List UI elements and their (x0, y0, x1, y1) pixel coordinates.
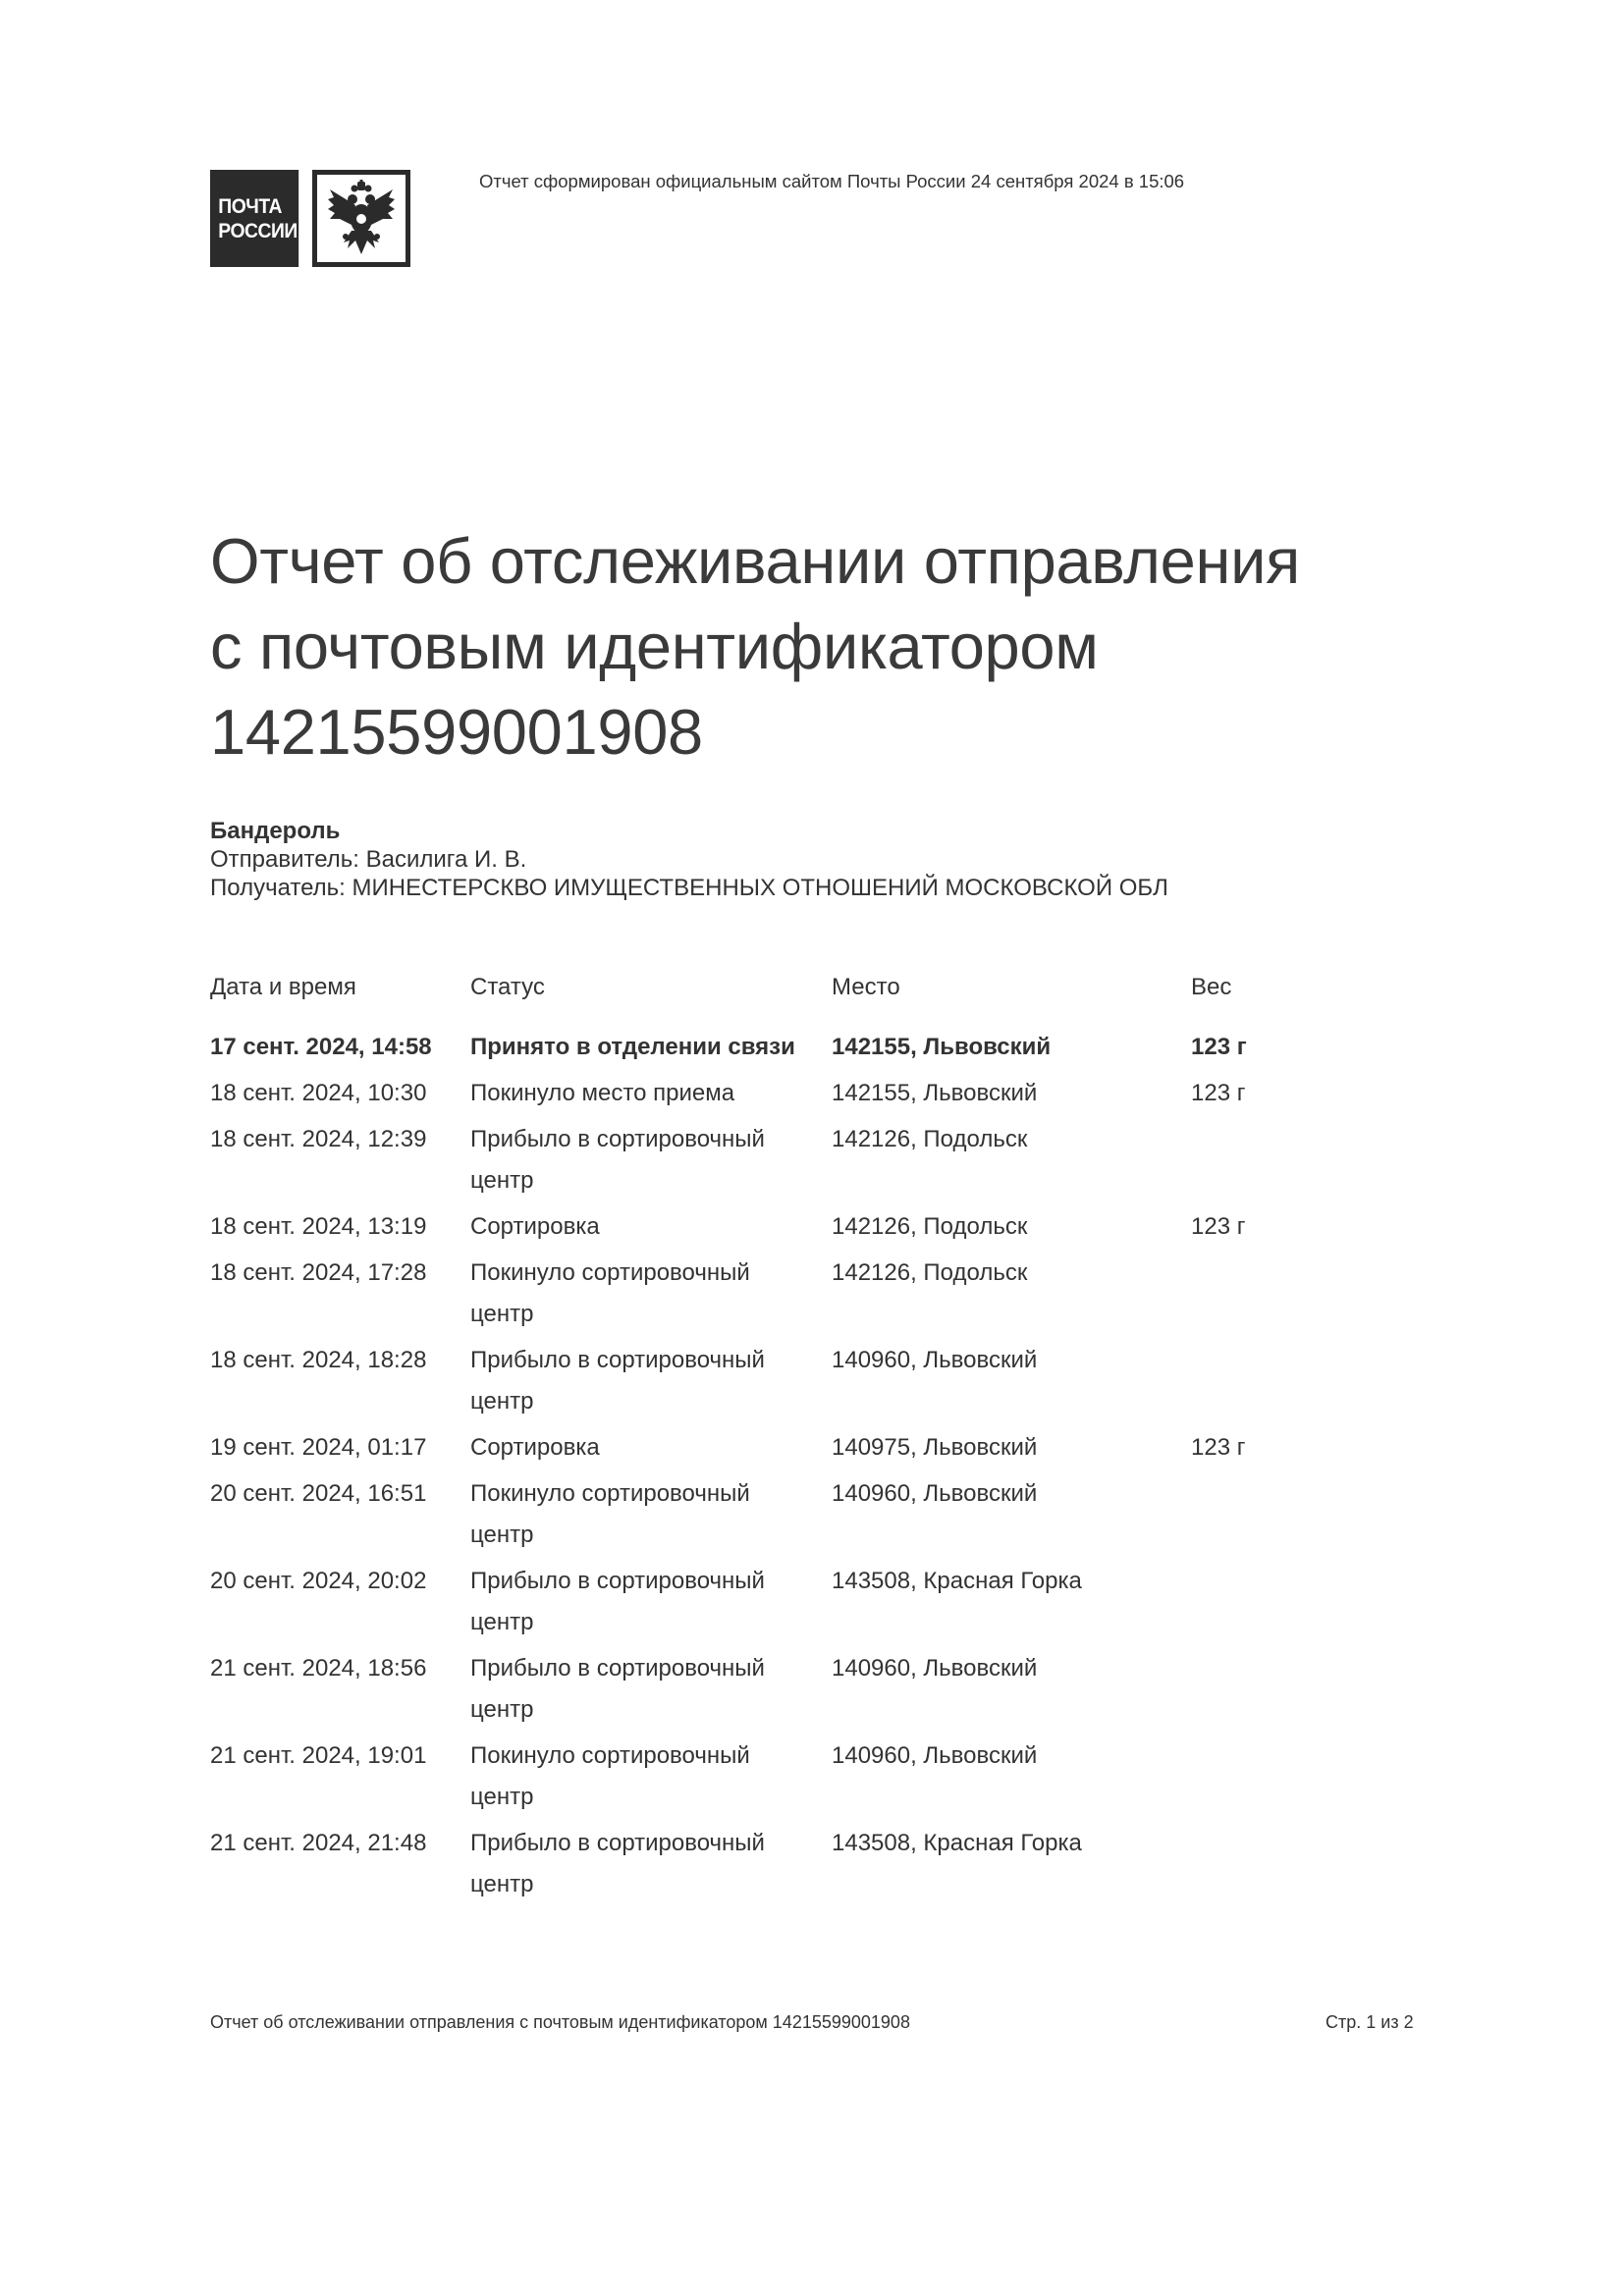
cell-weight (1191, 1473, 1387, 1556)
cell-place: 140960, Львовский (832, 1340, 1191, 1422)
table-row: 18 сент. 2024, 18:28Прибыло в сортировоч… (210, 1340, 1428, 1422)
shipment-info: Бандероль Отправитель: Василига И. В. По… (210, 817, 1168, 902)
cell-status: Прибыло в сортировочный центр (470, 1119, 832, 1201)
title-line-1: Отчет об отслеживании отправления (210, 518, 1487, 604)
cell-place: 142126, Подольск (832, 1119, 1191, 1201)
shipment-kind: Бандероль (210, 817, 1168, 845)
table-body: 17 сент. 2024, 14:58Принято в отделении … (210, 1027, 1428, 1905)
header-weight: Вес (1191, 967, 1387, 1008)
cell-place: 143508, Красная Горка (832, 1561, 1191, 1643)
cell-weight (1191, 1340, 1387, 1422)
cell-weight (1191, 1253, 1387, 1335)
cell-date: 20 сент. 2024, 20:02 (210, 1561, 470, 1643)
cell-place: 140975, Львовский (832, 1427, 1191, 1468)
cell-status: Сортировка (470, 1206, 832, 1248)
table-row: 18 сент. 2024, 17:28Покинуло сортировочн… (210, 1253, 1428, 1335)
table-row: 18 сент. 2024, 12:39Прибыло в сортировоч… (210, 1119, 1428, 1201)
cell-status: Прибыло в сортировочный центр (470, 1340, 832, 1422)
logo-line-1: ПОЧТА (218, 194, 298, 219)
cell-weight: 123 г (1191, 1073, 1387, 1114)
cell-date: 18 сент. 2024, 12:39 (210, 1119, 470, 1201)
pochta-rossii-logo: ПОЧТА РОССИИ (210, 170, 410, 267)
cell-weight: 123 г (1191, 1427, 1387, 1468)
cell-place: 142126, Подольск (832, 1206, 1191, 1248)
cell-date: 21 сент. 2024, 19:01 (210, 1735, 470, 1818)
cell-status: Покинуло сортировочный центр (470, 1253, 832, 1335)
cell-date: 17 сент. 2024, 14:58 (210, 1027, 470, 1068)
tracking-number: 14215599001908 (210, 689, 1487, 774)
logo-line-2: РОССИИ (218, 219, 298, 243)
cell-place: 140960, Львовский (832, 1648, 1191, 1731)
cell-status: Прибыло в сортировочный центр (470, 1648, 832, 1731)
cell-status: Сортировка (470, 1427, 832, 1468)
table-row: 18 сент. 2024, 10:30Покинуло место прием… (210, 1073, 1428, 1114)
cell-status: Покинуло сортировочный центр (470, 1735, 832, 1818)
table-row: 20 сент. 2024, 20:02Прибыло в сортировоч… (210, 1561, 1428, 1643)
cell-status: Покинуло место приема (470, 1073, 832, 1114)
cell-weight: 123 г (1191, 1027, 1387, 1068)
cell-status: Прибыло в сортировочный центр (470, 1561, 832, 1643)
table-row: 17 сент. 2024, 14:58Принято в отделении … (210, 1027, 1428, 1068)
cell-date: 21 сент. 2024, 18:56 (210, 1648, 470, 1731)
recipient: Получатель: МИНЕСТЕРСКВО ИМУЩЕСТВЕННЫХ О… (210, 874, 1168, 902)
logo-emblem-frame (312, 170, 410, 267)
cell-weight (1191, 1561, 1387, 1643)
cell-date: 20 сент. 2024, 16:51 (210, 1473, 470, 1556)
cell-weight: 123 г (1191, 1206, 1387, 1248)
cell-weight (1191, 1119, 1387, 1201)
cell-weight (1191, 1735, 1387, 1818)
title-line-2: с почтовым идентификатором (210, 604, 1487, 689)
report-generated-note: Отчет сформирован официальным сайтом Поч… (479, 171, 1184, 192)
cell-date: 19 сент. 2024, 01:17 (210, 1427, 470, 1468)
cell-status: Покинуло сортировочный центр (470, 1473, 832, 1556)
cell-date: 18 сент. 2024, 17:28 (210, 1253, 470, 1335)
cell-status: Принято в отделении связи (470, 1027, 832, 1068)
table-row: 18 сент. 2024, 13:19Сортировка142126, По… (210, 1206, 1428, 1248)
table-header-row: Дата и время Статус Место Вес (210, 967, 1428, 1008)
cell-place: 140960, Львовский (832, 1473, 1191, 1556)
header-date: Дата и время (210, 967, 470, 1008)
cell-place: 142126, Подольск (832, 1253, 1191, 1335)
table-row: 21 сент. 2024, 19:01Покинуло сортировочн… (210, 1735, 1428, 1818)
page-title: Отчет об отслеживании отправления с почт… (210, 518, 1487, 774)
table-row: 21 сент. 2024, 18:56Прибыло в сортировоч… (210, 1648, 1428, 1731)
header-status: Статус (470, 967, 832, 1008)
cell-date: 18 сент. 2024, 13:19 (210, 1206, 470, 1248)
cell-date: 21 сент. 2024, 21:48 (210, 1823, 470, 1905)
tracking-history-table: Дата и время Статус Место Вес 17 сент. 2… (210, 967, 1428, 1910)
cell-date: 18 сент. 2024, 18:28 (210, 1340, 470, 1422)
cell-place: 140960, Львовский (832, 1735, 1191, 1818)
cell-status: Прибыло в сортировочный центр (470, 1823, 832, 1905)
page-number: Стр. 1 из 2 (1325, 2011, 1414, 2033)
cell-weight (1191, 1648, 1387, 1731)
cell-place: 143508, Красная Горка (832, 1823, 1191, 1905)
table-row: 19 сент. 2024, 01:17Сортировка140975, Ль… (210, 1427, 1428, 1468)
logo-wordmark: ПОЧТА РОССИИ (210, 170, 298, 267)
footer-document-title: Отчет об отслеживании отправления с почт… (210, 2011, 910, 2033)
header-place: Место (832, 967, 1191, 1008)
sender: Отправитель: Василига И. В. (210, 845, 1168, 874)
table-row: 20 сент. 2024, 16:51Покинуло сортировочн… (210, 1473, 1428, 1556)
cell-place: 142155, Львовский (832, 1027, 1191, 1068)
cell-date: 18 сент. 2024, 10:30 (210, 1073, 470, 1114)
cell-weight (1191, 1823, 1387, 1905)
table-row: 21 сент. 2024, 21:48Прибыло в сортировоч… (210, 1823, 1428, 1905)
cell-place: 142155, Львовский (832, 1073, 1191, 1114)
double-headed-eagle-icon (326, 180, 397, 258)
